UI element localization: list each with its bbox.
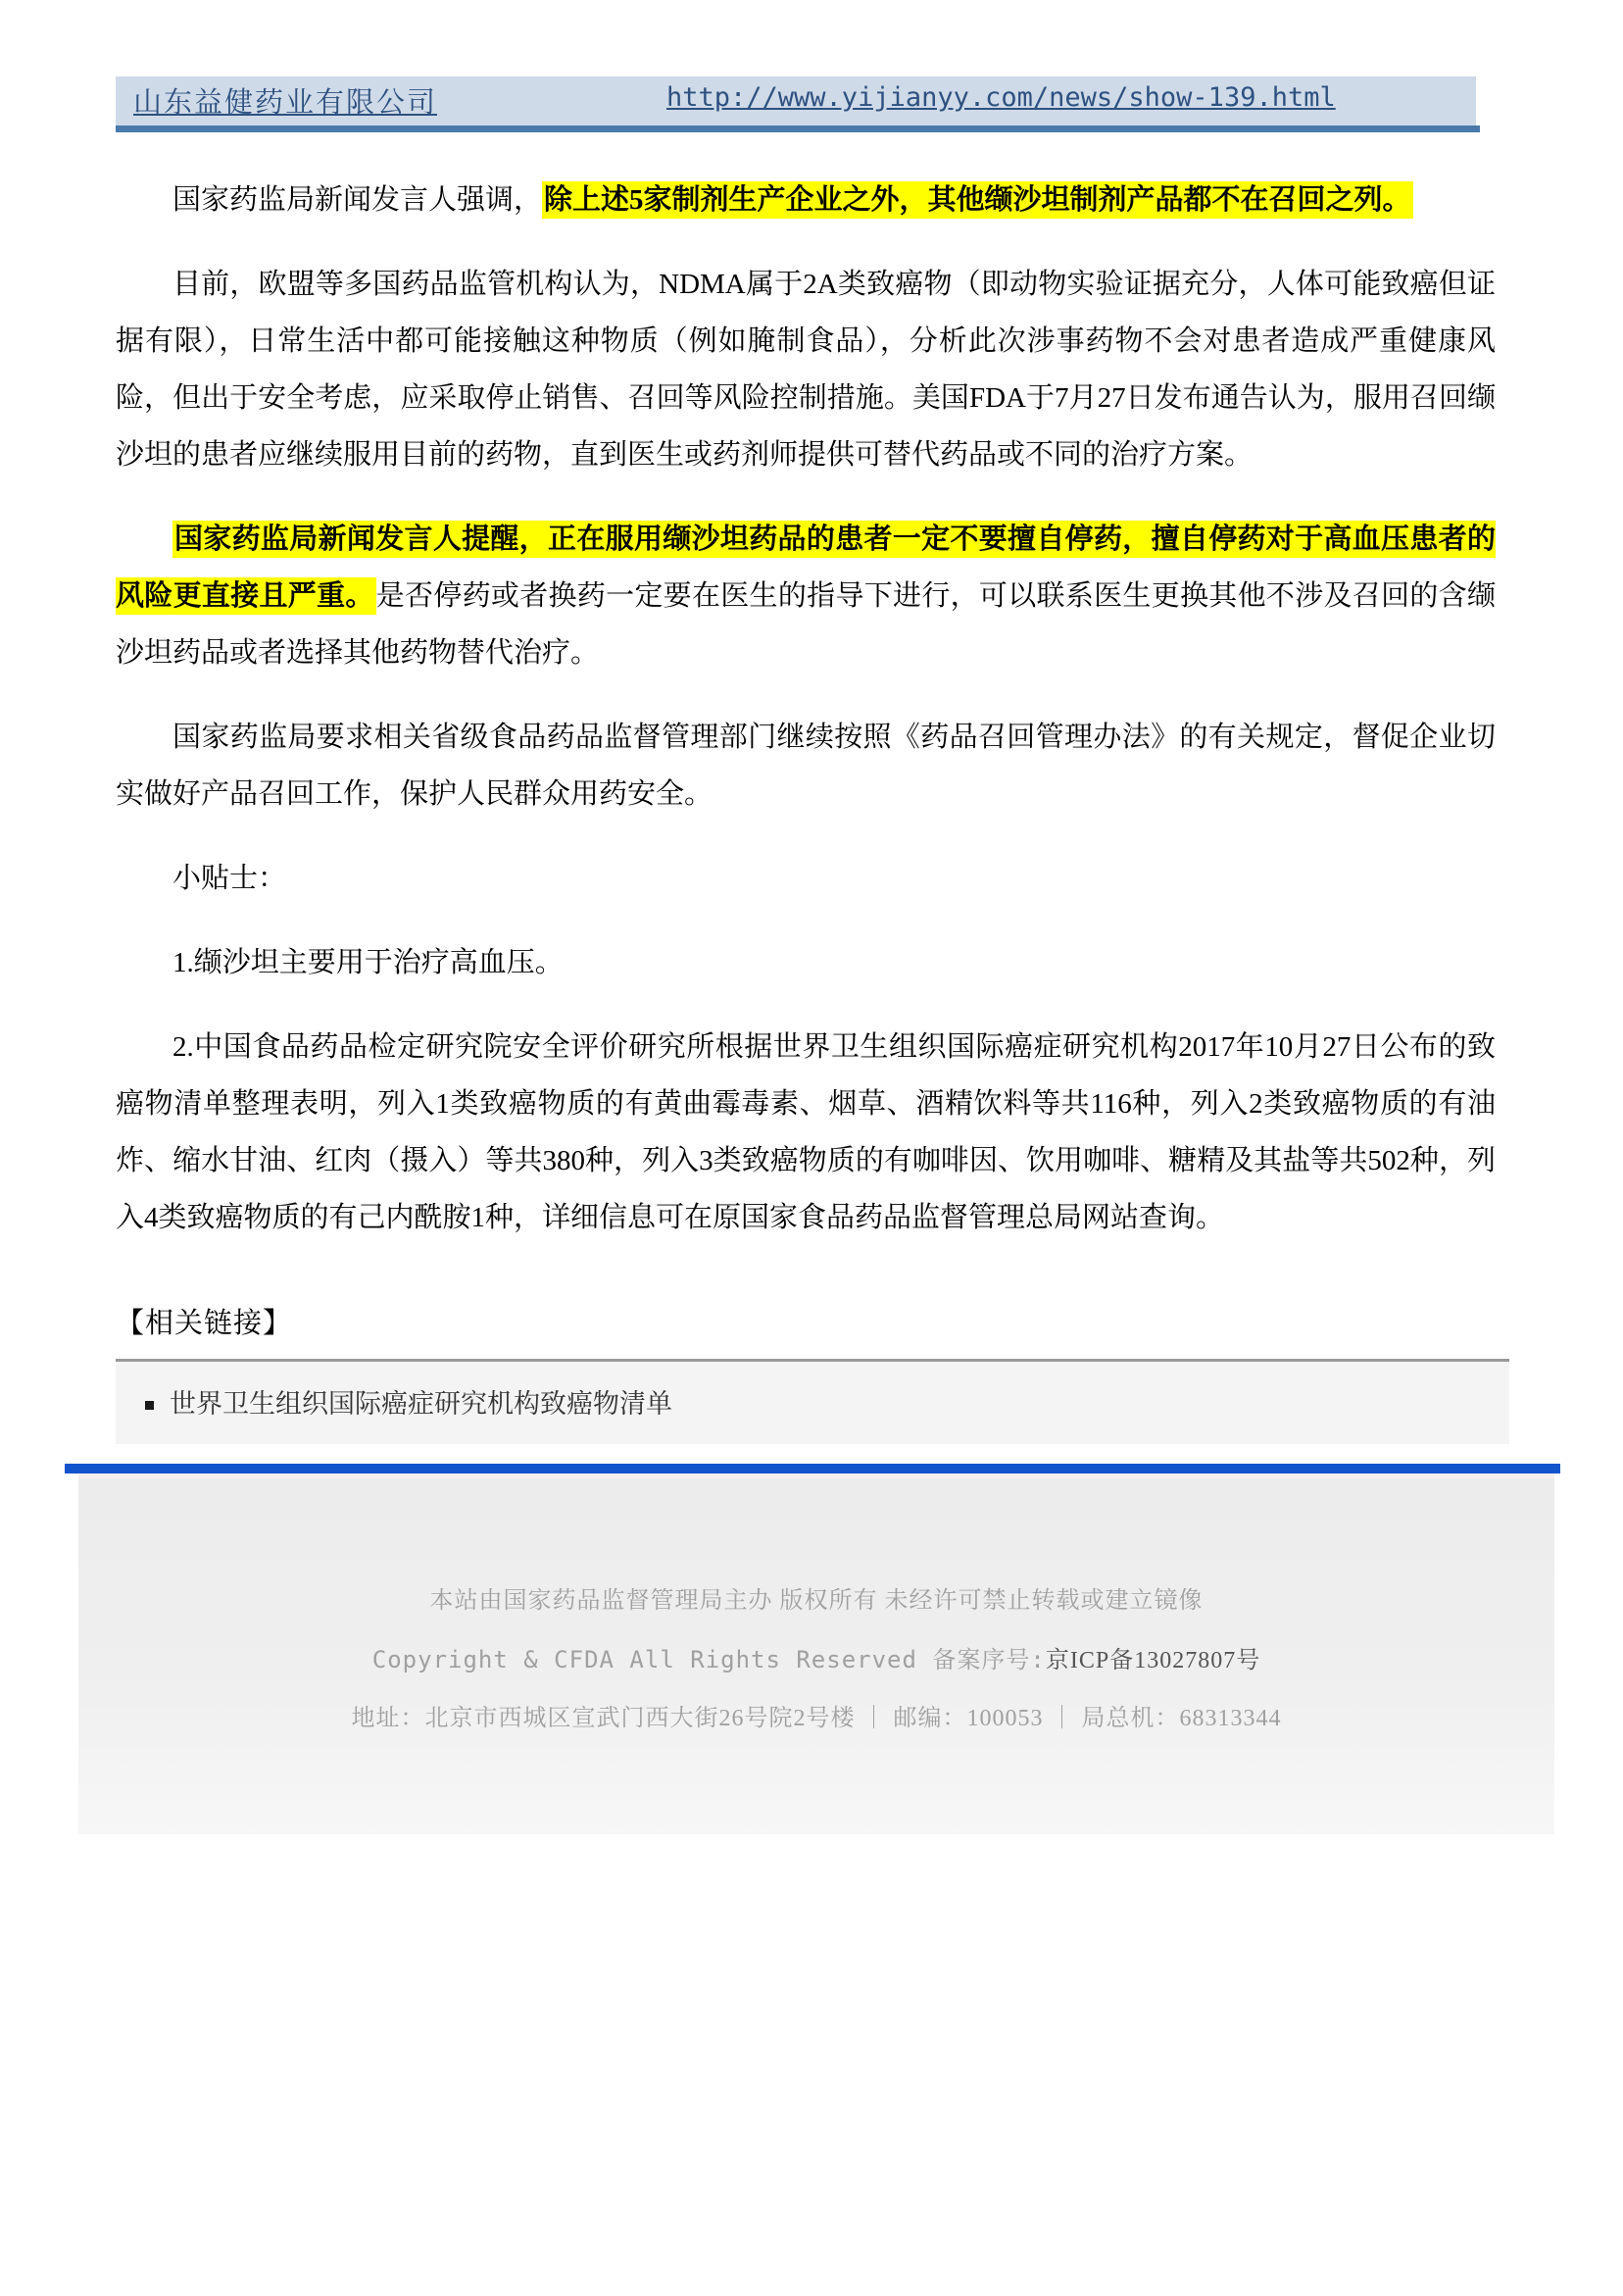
copyright-text: Copyright & CFDA All Rights Reserved 备案序… [372,1646,1046,1673]
paragraph-stop-medication-warning: 国家药监局新闻发言人提醒，正在服用缬沙坦药品的患者一定不要擅自停药，擅自停药对于… [116,511,1496,681]
footer-address-line: 地址：北京市西城区宣武门西大街26号院2号楼 ｜ 邮编：100053 ｜ 局总机… [78,1689,1554,1748]
tip-item-2: 2.中国食品药品检定研究院安全评价研究所根据世界卫生组织国际癌症研究机构2017… [116,1019,1496,1246]
footer-top-divider [65,1464,1560,1473]
tips-label: 小贴士： [116,850,1496,907]
related-links-box: 世界卫生组织国际癌症研究机构致癌物清单 [116,1359,1509,1444]
print-header: 山东益健药业有限公司 http://www.yijianyy.com/news/… [116,76,1476,125]
article-body: 国家药监局新闻发言人强调，除上述5家制剂生产企业之外，其他缬沙坦制剂产品都不在召… [116,172,1496,1246]
bullet-square-icon [145,1401,154,1410]
related-links-section: 【相关链接】 世界卫生组织国际癌症研究机构致癌物清单 [0,1301,1623,1444]
page: 山东益健药业有限公司 http://www.yijianyy.com/news/… [0,76,1623,1834]
paragraph-ndma-risk: 目前，欧盟等多国药品监管机构认为，NDMA属于2A类致癌物（即动物实验证据充分，… [116,256,1496,483]
related-link-item[interactable]: 世界卫生组织国际癌症研究机构致癌物清单 [145,1387,1509,1421]
footer-host-line: 本站由国家药品监督管理局主办 版权所有 未经许可禁止转载或建立镜像 [78,1572,1554,1630]
icp-number: 京ICP备13027807号 [1046,1648,1260,1673]
paragraph-recall-management: 国家药监局要求相关省级食品药品监督管理部门继续按照《药品召回管理办法》的有关规定… [116,709,1496,823]
site-name: 山东益健药业有限公司 [133,80,437,121]
related-links-heading: 【相关链接】 [116,1301,1623,1341]
highlighted-text: 除上述5家制剂生产企业之外，其他缬沙坦制剂产品都不在召回之列。 [542,181,1413,219]
footer-copyright-line: Copyright & CFDA All Rights Reserved 备案序… [78,1630,1554,1689]
paragraph-text: 国家药监局新闻发言人强调， [172,184,542,216]
paragraph-recall-scope: 国家药监局新闻发言人强调，除上述5家制剂生产企业之外，其他缬沙坦制剂产品都不在召… [116,172,1496,228]
header-divider [116,125,1480,132]
site-footer: 本站由国家药品监督管理局主办 版权所有 未经许可禁止转载或建立镜像 Copyri… [78,1478,1554,1834]
tip-item-1: 1.缬沙坦主要用于治疗高血压。 [116,934,1496,991]
page-url: http://www.yijianyy.com/news/show-139.ht… [666,82,1336,113]
related-link[interactable]: 世界卫生组织国际癌症研究机构致癌物清单 [170,1389,672,1419]
